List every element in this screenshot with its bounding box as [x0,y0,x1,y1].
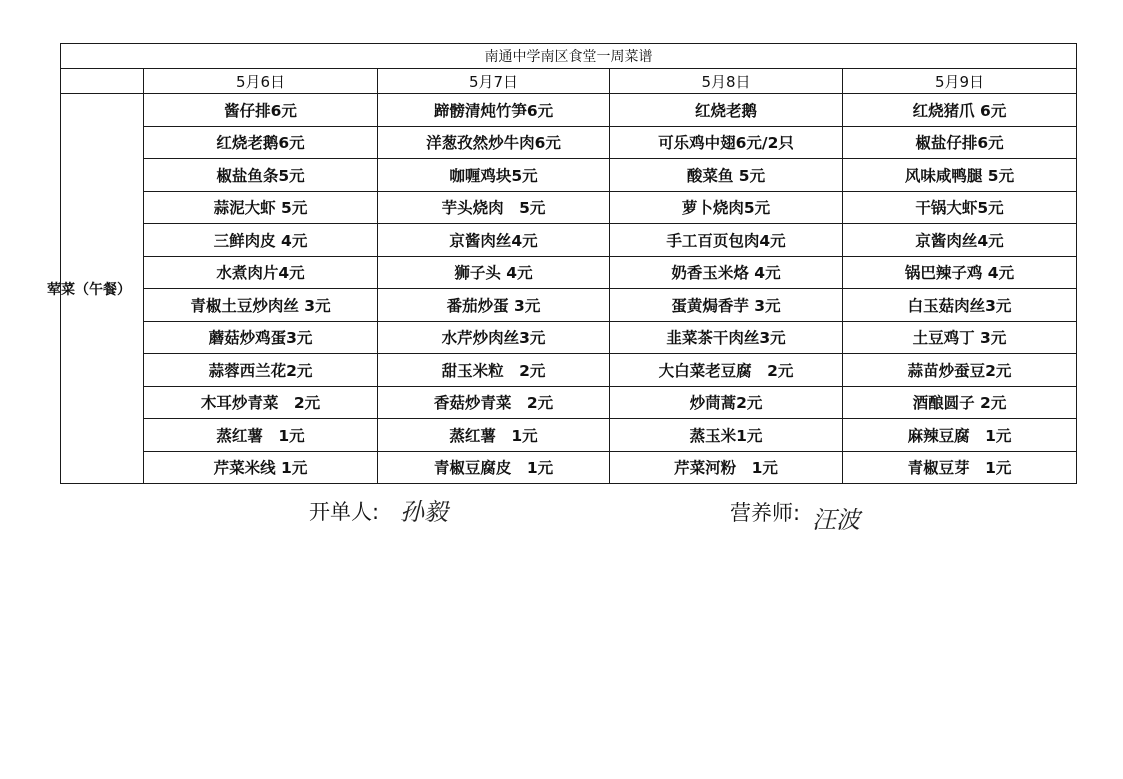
category-cell: 荤菜（午餐） [61,94,144,484]
dish-cell: 咖喱鸡块5元 [378,159,610,192]
menu-title: 南通中学南区食堂一周菜谱 [61,44,1077,69]
dish-cell: 酱仔排6元 [144,94,378,127]
dish-cell: 蒜泥大虾 5元 [144,191,378,224]
dish-cell: 红烧猪爪 6元 [843,94,1077,127]
dish-cell: 芹菜米线 1元 [144,451,378,484]
dish-cell: 青椒土豆炒肉丝 3元 [144,289,378,322]
dish-cell: 蘑菇炒鸡蛋3元 [144,321,378,354]
dish-cell: 红烧老鹅6元 [144,126,378,159]
dish-cell: 韭菜茶干肉丝3元 [610,321,843,354]
dish-cell: 蹄髈清炖竹笋6元 [378,94,610,127]
dish-cell: 三鲜肉皮 4元 [144,224,378,257]
nutritionist-label: 营养师: [730,497,800,527]
dish-row: 木耳炒青菜 2元香菇炒青菜 2元炒茼蒿2元酒酿圆子 2元 [61,386,1077,419]
dish-row: 蒜泥大虾 5元芋头烧肉 5元萝卜烧肉5元干锅大虾5元 [61,191,1077,224]
dish-cell: 蒸玉米1元 [610,419,843,452]
dish-cell: 炒茼蒿2元 [610,386,843,419]
dish-row: 荤菜（午餐）酱仔排6元蹄髈清炖竹笋6元红烧老鹅红烧猪爪 6元 [61,94,1077,127]
dish-cell: 蛋黄焗香芋 3元 [610,289,843,322]
preparer-label: 开单人: [309,496,379,526]
dish-cell: 青椒豆芽 1元 [843,451,1077,484]
dish-cell: 白玉菇肉丝3元 [843,289,1077,322]
dish-cell: 京酱肉丝4元 [843,224,1077,257]
dish-cell: 木耳炒青菜 2元 [144,386,378,419]
dish-cell: 麻辣豆腐 1元 [843,419,1077,452]
date-header-row: 5月6日 5月7日 5月8日 5月9日 [61,69,1077,94]
dish-row: 红烧老鹅6元洋葱孜然炒牛肉6元可乐鸡中翅6元/2只椒盐仔排6元 [61,126,1077,159]
dish-row: 三鲜肉皮 4元京酱肉丝4元手工百页包肉4元京酱肉丝4元 [61,224,1077,257]
dish-cell: 手工百页包肉4元 [610,224,843,257]
dish-cell: 水煮肉片4元 [144,256,378,289]
dish-cell: 可乐鸡中翅6元/2只 [610,126,843,159]
dish-cell: 酒酿圆子 2元 [843,386,1077,419]
dish-cell: 奶香玉米烙 4元 [610,256,843,289]
dish-cell: 锅巴辣子鸡 4元 [843,256,1077,289]
dish-cell: 红烧老鹅 [610,94,843,127]
dish-cell: 蒜苗炒蚕豆2元 [843,354,1077,387]
dish-cell: 蒜蓉西兰花2元 [144,354,378,387]
nutritionist-signature: 汪波 [812,500,860,535]
weekly-menu-table: 南通中学南区食堂一周菜谱 5月6日 5月7日 5月8日 5月9日 荤菜（午餐）酱… [60,43,1077,484]
date-header: 5月7日 [378,69,610,94]
date-header: 5月6日 [144,69,378,94]
dish-row: 椒盐鱼条5元咖喱鸡块5元酸菜鱼 5元风味咸鸭腿 5元 [61,159,1077,192]
dish-cell: 酸菜鱼 5元 [610,159,843,192]
dish-cell: 椒盐仔排6元 [843,126,1077,159]
dish-cell: 狮子头 4元 [378,256,610,289]
dish-cell: 萝卜烧肉5元 [610,191,843,224]
category-label: 荤菜（午餐） [47,279,131,299]
dish-cell: 蒸红薯 1元 [144,419,378,452]
dish-row: 蘑菇炒鸡蛋3元水芹炒肉丝3元韭菜茶干肉丝3元土豆鸡丁 3元 [61,321,1077,354]
dish-cell: 香菇炒青菜 2元 [378,386,610,419]
dish-cell: 干锅大虾5元 [843,191,1077,224]
dish-cell: 洋葱孜然炒牛肉6元 [378,126,610,159]
dish-cell: 大白菜老豆腐 2元 [610,354,843,387]
dish-row: 青椒土豆炒肉丝 3元番茄炒蛋 3元蛋黄焗香芋 3元白玉菇肉丝3元 [61,289,1077,322]
dish-cell: 青椒豆腐皮 1元 [378,451,610,484]
date-header: 5月8日 [610,69,843,94]
dish-row: 蒜蓉西兰花2元甜玉米粒 2元大白菜老豆腐 2元蒜苗炒蚕豆2元 [61,354,1077,387]
dish-cell: 风味咸鸭腿 5元 [843,159,1077,192]
preparer-signature: 孙毅 [400,492,448,527]
dish-row: 蒸红薯 1元蒸红薯 1元蒸玉米1元麻辣豆腐 1元 [61,419,1077,452]
dish-cell: 甜玉米粒 2元 [378,354,610,387]
dish-cell: 芹菜河粉 1元 [610,451,843,484]
dish-row: 水煮肉片4元狮子头 4元奶香玉米烙 4元锅巴辣子鸡 4元 [61,256,1077,289]
date-header: 5月9日 [843,69,1077,94]
dish-row: 芹菜米线 1元青椒豆腐皮 1元芹菜河粉 1元青椒豆芽 1元 [61,451,1077,484]
corner-cell [61,69,144,94]
title-row: 南通中学南区食堂一周菜谱 [61,44,1077,69]
dish-cell: 蒸红薯 1元 [378,419,610,452]
dish-cell: 京酱肉丝4元 [378,224,610,257]
dish-cell: 番茄炒蛋 3元 [378,289,610,322]
dish-cell: 土豆鸡丁 3元 [843,321,1077,354]
dish-cell: 水芹炒肉丝3元 [378,321,610,354]
dish-cell: 椒盐鱼条5元 [144,159,378,192]
dish-cell: 芋头烧肉 5元 [378,191,610,224]
